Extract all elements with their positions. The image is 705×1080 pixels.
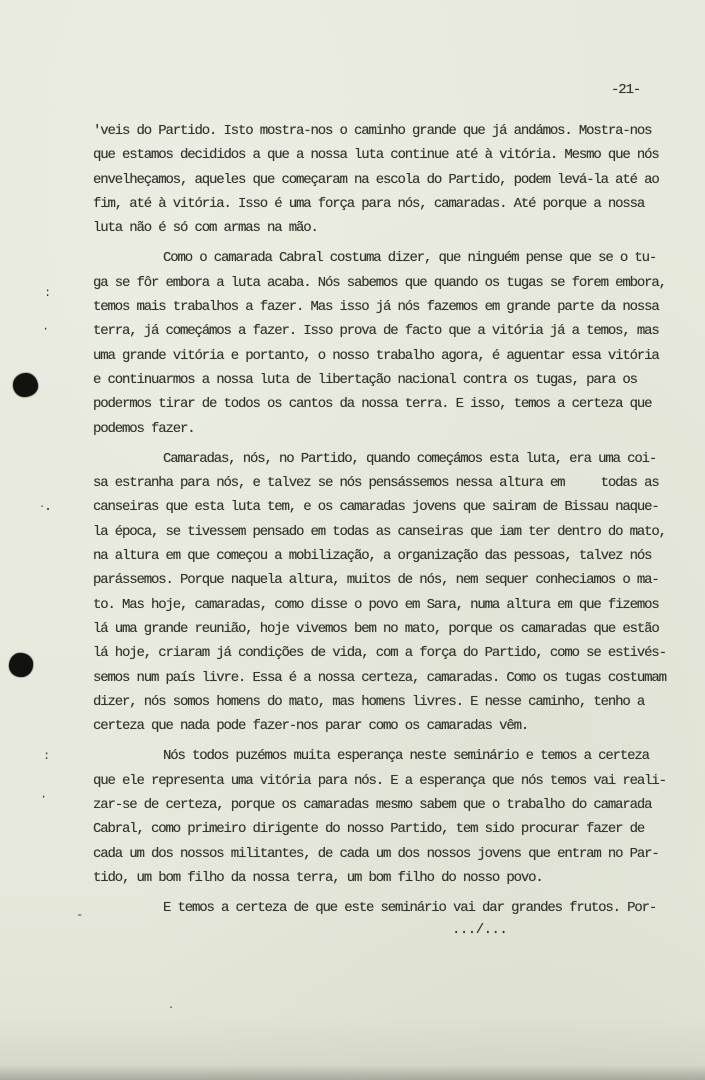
- text-line: to. Mas hoje, camaradas, como disse o po…: [93, 593, 685, 617]
- continuation-mark: .../...: [452, 922, 507, 938]
- text-line: podemos fazer.: [93, 417, 685, 441]
- text-line: terra, já começámos a fazer. Isso prova …: [93, 319, 685, 343]
- text-line: dizer, nós somos homens do mato, mas hom…: [93, 690, 685, 714]
- paragraph: Camaradas, nós, no Partido, quando começ…: [93, 447, 685, 739]
- text-line: que estamos decididos a que a nossa luta…: [93, 143, 685, 167]
- text-line: Nós todos puzémos muita esperança neste …: [93, 744, 685, 768]
- text-line: e continuarmos a nossa luta de libertaçã…: [93, 368, 685, 392]
- text-line: 'veis do Partido. Isto mostra-nos o cami…: [93, 119, 685, 143]
- text-line: ga se fôr embora a luta acaba. Nós sabem…: [93, 271, 685, 295]
- text-line: E temos a certeza de que este seminário …: [93, 896, 685, 920]
- text-line: uma grande vitória e portanto, o nosso t…: [93, 344, 685, 368]
- text-line: la época, se tivessem pensado em todas a…: [93, 520, 685, 544]
- text-line: sa estranha para nós, e talvez se nós pe…: [93, 471, 685, 495]
- text-line: que ele representa uma vitória para nós.…: [93, 769, 685, 793]
- text-line: temos mais trabalhos a fazer. Mas isso j…: [93, 295, 685, 319]
- text-line: certeza que nada pode fazer-nos parar co…: [93, 714, 685, 738]
- paragraph: 'veis do Partido. Isto mostra-nos o cami…: [93, 119, 685, 240]
- margin-colon-mark-2: :: [43, 749, 50, 763]
- text-line: Cabral, como primeiro dirigente do nosso…: [93, 817, 685, 841]
- text-line: tido, um bom filho da nossa terra, um bo…: [93, 866, 685, 890]
- text-line: lá uma grande reunião, hoje vivemos bem …: [93, 617, 685, 641]
- text-line: canseiras que esta luta tem, e os camara…: [93, 495, 685, 519]
- text-line: zar-se de certeza, porque os camaradas m…: [93, 793, 685, 817]
- margin-tick-mark-1: ·: [42, 322, 49, 336]
- margin-tick-mark-2: ·: [40, 790, 47, 804]
- page-number: -21-: [611, 82, 640, 98]
- paragraph: Como o camarada Cabral costuma dizer, qu…: [93, 246, 685, 440]
- ink-blob-artifact-1: [13, 373, 38, 397]
- text-line: luta não é só com armas na mão.: [93, 216, 685, 240]
- text-line: cada um dos nossos militantes, de cada u…: [93, 842, 685, 866]
- ink-blob-artifact-2: [9, 653, 33, 677]
- text-line: envelheçamos, aqueles que começaram na e…: [93, 168, 685, 192]
- margin-colon-mark-1: :: [44, 286, 51, 300]
- text-line: fim, até à vitória. Isso é uma força par…: [93, 192, 685, 216]
- stray-dot-mark: .: [168, 1001, 174, 1012]
- text-line: lá hoje, criaram já condições de vida, c…: [93, 641, 685, 665]
- margin-dot-mark-1: .: [39, 500, 45, 511]
- typewritten-text-body: 'veis do Partido. Isto mostra-nos o cami…: [93, 119, 685, 921]
- scanned-typewritten-page: -21- 'veis do Partido. Isto mostra-nos o…: [0, 0, 705, 1080]
- text-line: Como o camarada Cabral costuma dizer, qu…: [93, 246, 685, 270]
- text-line: podermos tirar de todos os cantos da nos…: [93, 392, 685, 416]
- text-line: parássemos. Porque naquela altura, muito…: [93, 568, 685, 592]
- text-line: na altura em que começou a mobilização, …: [93, 544, 685, 568]
- paragraph: Nós todos puzémos muita esperança neste …: [93, 744, 685, 890]
- margin-dash-mark: -: [76, 908, 83, 922]
- ink-speck: [47, 508, 49, 510]
- text-line: semos num país livre. Essa é a nossa cer…: [93, 666, 685, 690]
- paragraph: E temos a certeza de que este seminário …: [93, 896, 685, 920]
- text-line: Camaradas, nós, no Partido, quando começ…: [93, 447, 685, 471]
